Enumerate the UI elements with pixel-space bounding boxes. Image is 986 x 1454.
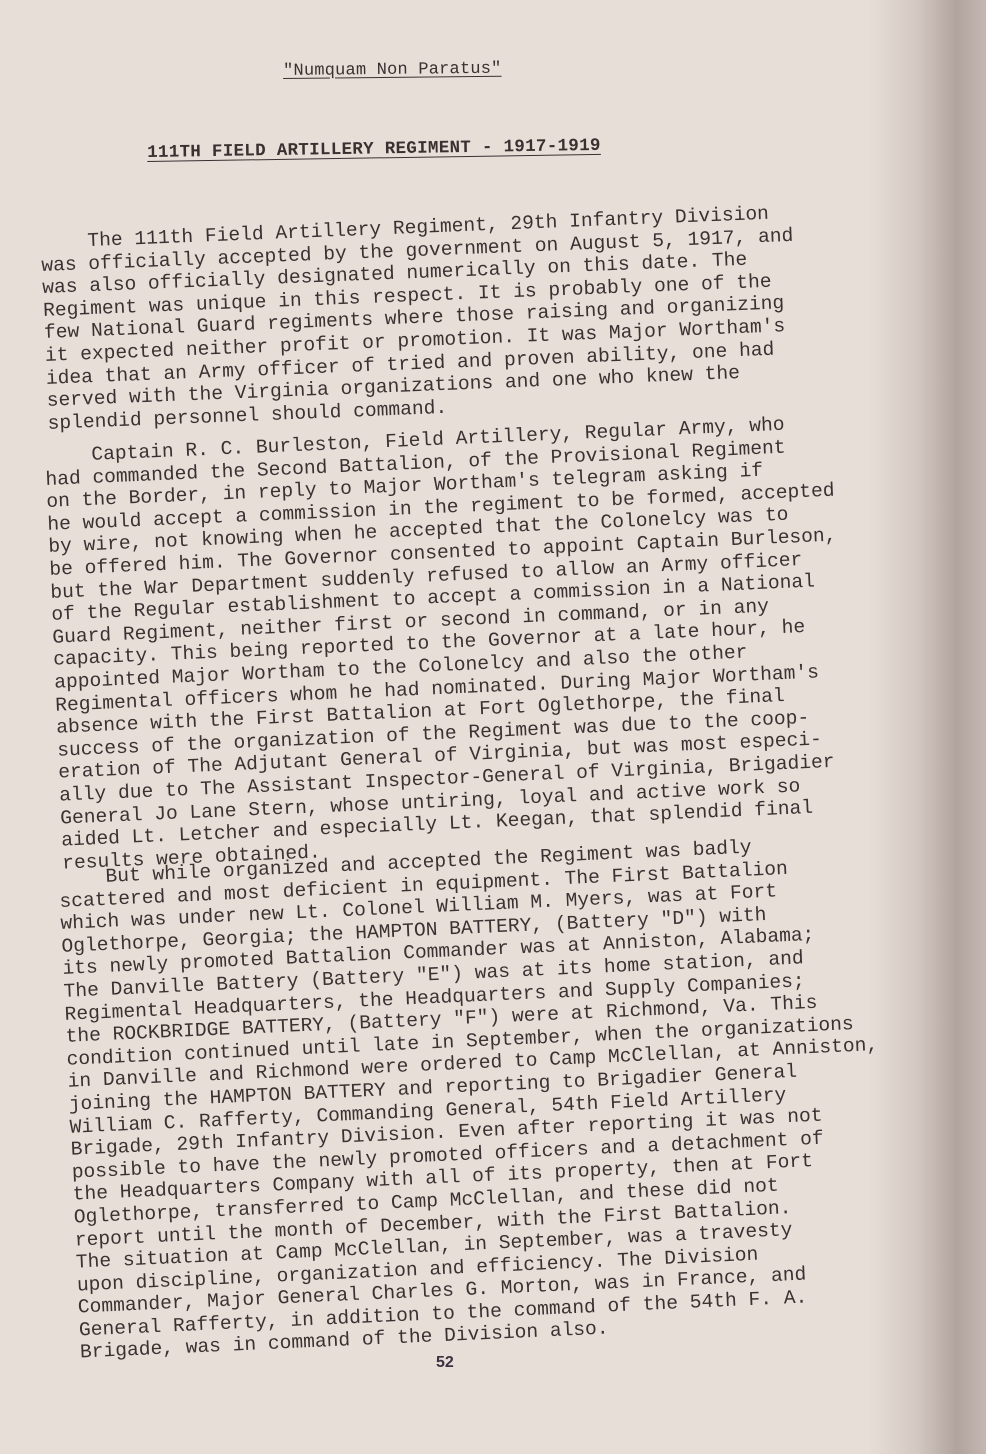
document-page: "Numquam Non Paratus" 111TH FIELD ARTILL… — [0, 0, 986, 1454]
motto-heading: "Numquam Non Paratus" — [283, 60, 502, 81]
paragraph-3: But while organized and accepted the Reg… — [58, 831, 891, 1364]
motto-text: "Numquam Non Paratus" — [283, 60, 502, 81]
paragraph-2: Captain R. C. Burleston, Field Artillery… — [44, 412, 850, 875]
page-title: 111TH FIELD ARTILLERY REGIMENT - 1917-19… — [147, 136, 601, 163]
page-number: 52 — [436, 1354, 454, 1372]
paragraph-1: The 111th Field Artillery Regiment, 29th… — [40, 202, 800, 435]
